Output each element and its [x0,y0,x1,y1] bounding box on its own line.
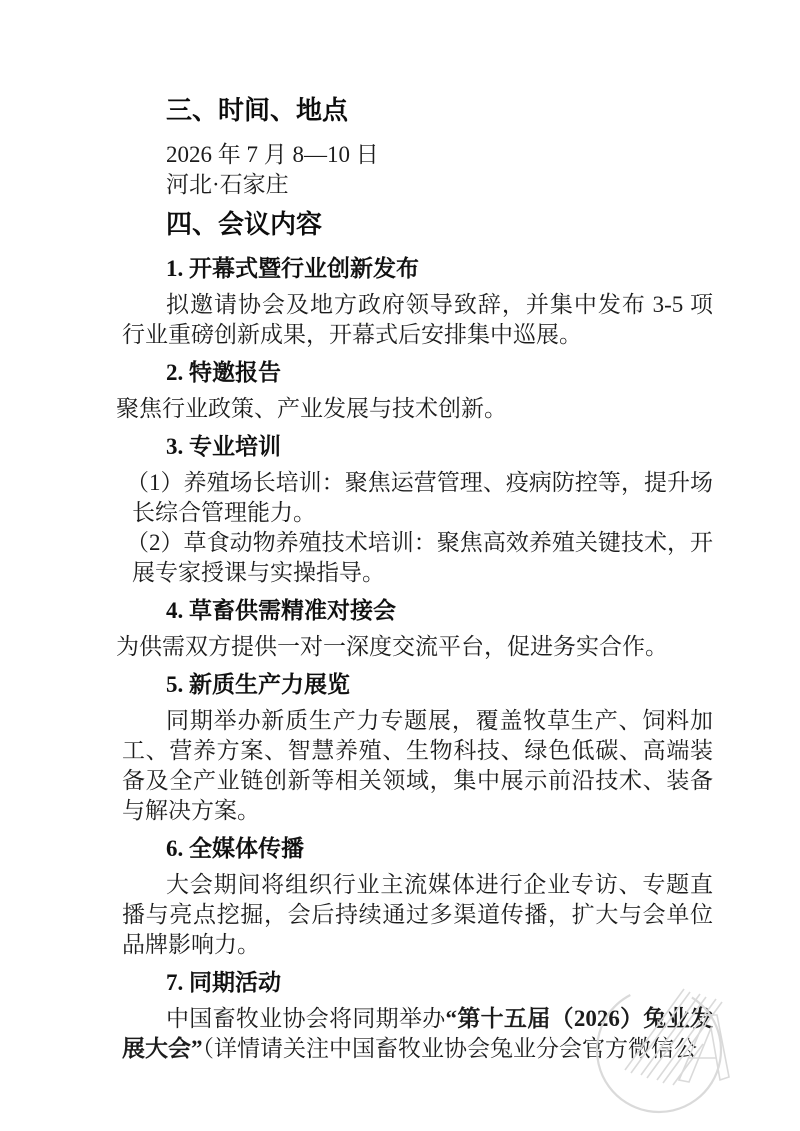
item-3-sub-1: （1）养殖场长培训：聚焦运营管理、疫病防控等，提升场长综合管理能力。 [132,468,713,528]
item-4-para: 为供需双方提供一对一深度交流平台，促进务实合作。 [122,632,713,662]
section-heading-time-location: 三、时间、地点 [122,94,713,127]
document-page: 三、时间、地点2026 年 7 月 8—10 日河北·石家庄四、会议内容1. 开… [0,0,800,1131]
place-line: 河北·石家庄 [122,170,713,200]
item-6-para: 大会期间将组织行业主流媒体进行企业专访、专题直播与亮点挖掘，会后持续通过多渠道传… [122,870,713,960]
item-heading-4: 4. 草畜供需精准对接会 [122,596,713,626]
item-1-para: 拟邀请协会及地方政府领导致辞，并集中发布 3-5 项行业重磅创新成果，开幕式后安… [122,290,713,350]
section-heading-meeting-content: 四、会议内容 [122,208,713,241]
item-heading-5: 5. 新质生产力展览 [122,670,713,700]
date-line: 2026 年 7 月 8—10 日 [122,140,713,170]
document-content: 三、时间、地点2026 年 7 月 8—10 日河北·石家庄四、会议内容1. 开… [122,94,713,1064]
text-segment: （详情请关注中国畜牧业协会兔业分会官方微信公 [203,1036,698,1061]
item-3-sub-2: （2）草食动物养殖技术培训：聚焦高效养殖关键技术，开展专家授课与实操指导。 [132,528,713,588]
item-heading-1: 1. 开幕式暨行业创新发布 [122,254,713,284]
item-7-para: 中国畜牧业协会将同期举办“第十五届（2026）兔业发展大会”（详情请关注中国畜牧… [122,1004,713,1064]
item-heading-3: 3. 专业培训 [122,432,713,462]
item-heading-6: 6. 全媒体传播 [122,834,713,864]
item-heading-7: 7. 同期活动 [122,968,713,998]
text-segment: 中国畜牧业协会将同期举办 [166,1006,446,1031]
item-heading-2: 2. 特邀报告 [122,358,713,388]
item-5-para: 同期举办新质生产力专题展，覆盖牧草生产、饲料加工、营养方案、智慧养殖、生物科技、… [122,706,713,826]
item-2-para: 聚焦行业政策、产业发展与技术创新。 [122,394,713,424]
